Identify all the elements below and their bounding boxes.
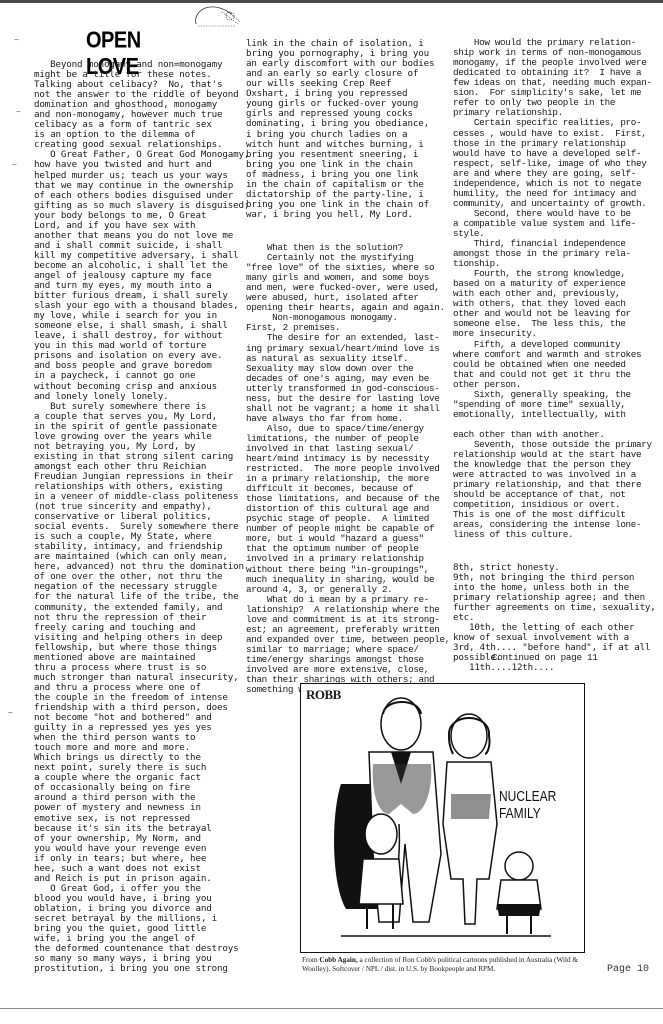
margin-mark: ~ — [16, 107, 21, 116]
bottom-border-rule — [0, 1008, 663, 1009]
text-line: in a paycheck, i cannot go one — [34, 371, 249, 381]
text-line: liness of this culture. — [453, 530, 656, 540]
text-line: dominating, i bring you obediance, — [246, 119, 450, 129]
text-line: how have you twisted and hurt and — [34, 160, 249, 170]
cartoon-label-line-1: NUCLEAR — [499, 788, 556, 805]
page-number: Page 10 — [607, 964, 649, 975]
margin-mark: ~ — [8, 708, 13, 717]
column-2-courier-text: What then is the solution? Certainly not… — [246, 243, 450, 695]
text-line: Certain specific realities, pro- — [453, 118, 656, 128]
text-line: more insecurity. — [453, 329, 656, 339]
caption-prefix: From — [302, 956, 319, 964]
nuclear-family-cartoon: ROBB NUCLEAR FAMILY — [300, 683, 585, 953]
continued-note: Continued on page 11 — [492, 652, 598, 663]
top-border-rule — [0, 0, 663, 3]
cartoon-label: NUCLEAR FAMILY — [499, 788, 556, 822]
text-line: war, i bring you hell, My Lord. — [246, 210, 450, 220]
text-line: The desire for an extended, last- — [246, 333, 450, 343]
article-column-1: Beyond monogamy and non=monogamymight be… — [34, 60, 249, 974]
cartoon-label-line-2: FAMILY — [499, 805, 556, 822]
text-line: 11th....12th.... — [453, 663, 656, 673]
article-column-3: How would the primary relation-ship work… — [453, 18, 656, 683]
margin-mark: ~ — [12, 160, 17, 169]
caption-book-title: Cobb Again, — [319, 956, 357, 964]
decorative-sketch-icon — [192, 4, 244, 28]
article-column-2: link in the chain of isolation, ibring y… — [246, 19, 450, 705]
text-line: further agreements on time, sexuality, — [453, 603, 656, 613]
text-line: prostitution, i bring you one strong — [34, 964, 249, 974]
margin-mark: ~ — [14, 35, 19, 44]
text-line: power of mystery and newness in — [34, 803, 249, 813]
column-2-typewriter-text: link in the chain of isolation, ibring y… — [246, 39, 450, 220]
text-line: emotionally, intellectually, with — [453, 410, 656, 420]
cartoon-caption: From Cobb Again, a collection of Ron Cob… — [302, 956, 602, 974]
column-3-courier-text: How would the primary relation-ship work… — [453, 38, 656, 540]
